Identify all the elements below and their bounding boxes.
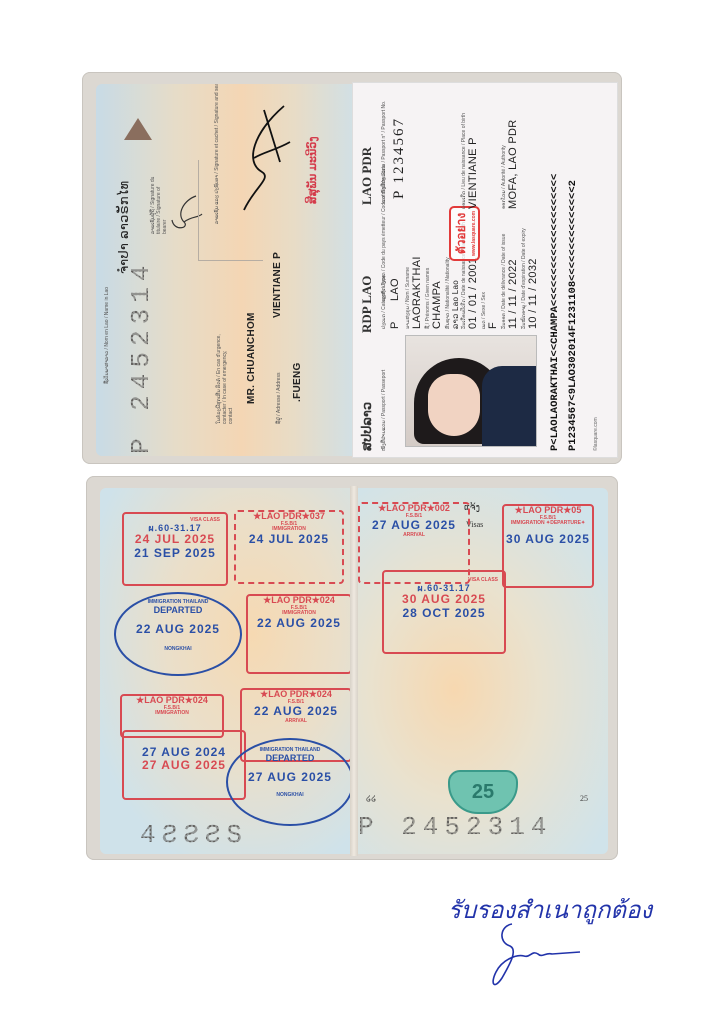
page-emblem-25: 25	[448, 770, 518, 814]
emergency-contact-value: MR. CHUANCHOM	[246, 312, 257, 404]
footer-credit: ©lasquare.com	[593, 417, 599, 451]
place-of-birth-value: VIENTIANE P	[467, 137, 479, 209]
perforated-number: P 2452314	[126, 260, 156, 454]
country-en-title: LAO PDR	[359, 147, 375, 205]
perforated-number-left: 4ƧƧƧS	[140, 820, 248, 850]
number-label: ເລກໜັງສືຜ່ານແດນ / Passport n° / Passport…	[381, 101, 387, 203]
name-in-lao-label: ຊື່ເປັນພາສາລາວ / Nom en Lao / Name in La…	[104, 287, 110, 384]
address-line2: .FUENG	[292, 362, 303, 402]
visa-page-left: VISA CLASS ผ.60-31.17 24 JUL 2025 21 SEP…	[100, 488, 354, 854]
certifier-signature	[480, 920, 590, 990]
type-value: P	[389, 321, 401, 329]
dob-value: 01 / 01 / 2001	[467, 258, 479, 329]
holder-photo	[405, 335, 537, 447]
nationality-value: ລາວ Lao Lao	[451, 280, 460, 329]
issue-date-value: 11 / 11 / 2022	[507, 259, 519, 329]
thai-departed-oval-stamp-2: IMMIGRATION THAILAND DEPARTED 27 AUG 202…	[226, 738, 354, 826]
code-value: LAO	[389, 278, 401, 301]
mrz-line-2: P1234567<9LAO302014F1231108<<<<<<<<<<<<<…	[567, 180, 579, 451]
official-signature-label: ລາຍເຊັນ ແລະ ປະທັບຕາ / Signature et cache…	[214, 84, 220, 224]
passport-id-spread: ຈຳປາ ລາວຣັກໄທ ຊື່ເປັນພາສາລາວ / Nom en La…	[82, 72, 622, 464]
visa-page-right: ແຈ້ງ Visas ★LAO PDR★002 F.S.B/1 27 AUG 2…	[352, 488, 608, 854]
lao-pdr-departure-stamp: ★LAO PDR★05 F.S.B/1 IMMIGRATION ✦DEPARTU…	[502, 504, 594, 588]
country-short-title: RDP LAO	[359, 276, 375, 333]
binding-gutter	[350, 486, 358, 856]
issuer-name-stamp: ສີສຸພັນ ມະນີວົງ	[306, 136, 319, 204]
surname-value: LAORAKTHAI	[411, 256, 423, 329]
perforated-number-right: P 2452314	[358, 812, 552, 842]
observation-page: ຈຳປາ ລາວຣັກໄທ ຊື່ເປັນພາສາລາວ / Nom en La…	[96, 84, 360, 456]
given-names-value: CHAMPA	[431, 281, 443, 329]
sex-value: F	[487, 322, 499, 329]
page-number-lao: ໒໒	[366, 794, 376, 803]
pagoda-icon	[124, 118, 152, 140]
page-number: 25	[580, 794, 588, 803]
address-label: ທີ່ຢູ່ / Adresse / Address	[276, 373, 282, 424]
thai-admitted-stamp-right: VISA CLASS ผ.60-31.17 30 AUG 2025 28 OCT…	[382, 570, 506, 654]
authority-value: MOFA, LAO PDR	[507, 120, 519, 209]
sample-watermark: ตัวอย่าง www.lasquare.com	[449, 206, 480, 261]
address-line1: VIENTIANE P	[272, 252, 283, 318]
mrz-line-1: P<LAOLAORAKTHAI<<CHAMPA<<<<<<<<<<<<<<<<<…	[549, 174, 561, 451]
passport-visa-spread: VISA CLASS ผ.60-31.17 24 JUL 2025 21 SEP…	[86, 476, 618, 860]
expiry-date-value: 10 / 11 / 2032	[527, 258, 539, 329]
passport-number: P 1234567	[391, 117, 408, 199]
thai-departed-oval-stamp: IMMIGRATION THAILAND DEPARTED 22 AUG 202…	[114, 592, 242, 676]
passport-label: ໜັງສືຜ່ານແດນ / Passport / Passeport	[381, 370, 387, 451]
lao-pdr-037-stamp: ★LAO PDR★037 F.S.B/1 IMMIGRATION 24 JUL …	[234, 510, 344, 584]
official-signature	[224, 102, 294, 212]
thai-admitted-stamp: VISA CLASS ผ.60-31.17 24 JUL 2025 21 SEP…	[122, 512, 228, 586]
emergency-contact-label: ໃນກໍລະນີສຸກເສີນ ຕິດຕໍ່ / En cas d'urgenc…	[216, 334, 234, 424]
lao-pdr-024-stamp: ★LAO PDR★024 F.S.B/1 IMMIGRATION 22 AUG …	[246, 594, 352, 674]
data-page: ສປປລາວ RDP LAO LAO PDR ໜັງສືຜ່ານແດນ / Pa…	[352, 82, 618, 458]
country-lao-title: ສປປລາວ	[359, 402, 375, 451]
